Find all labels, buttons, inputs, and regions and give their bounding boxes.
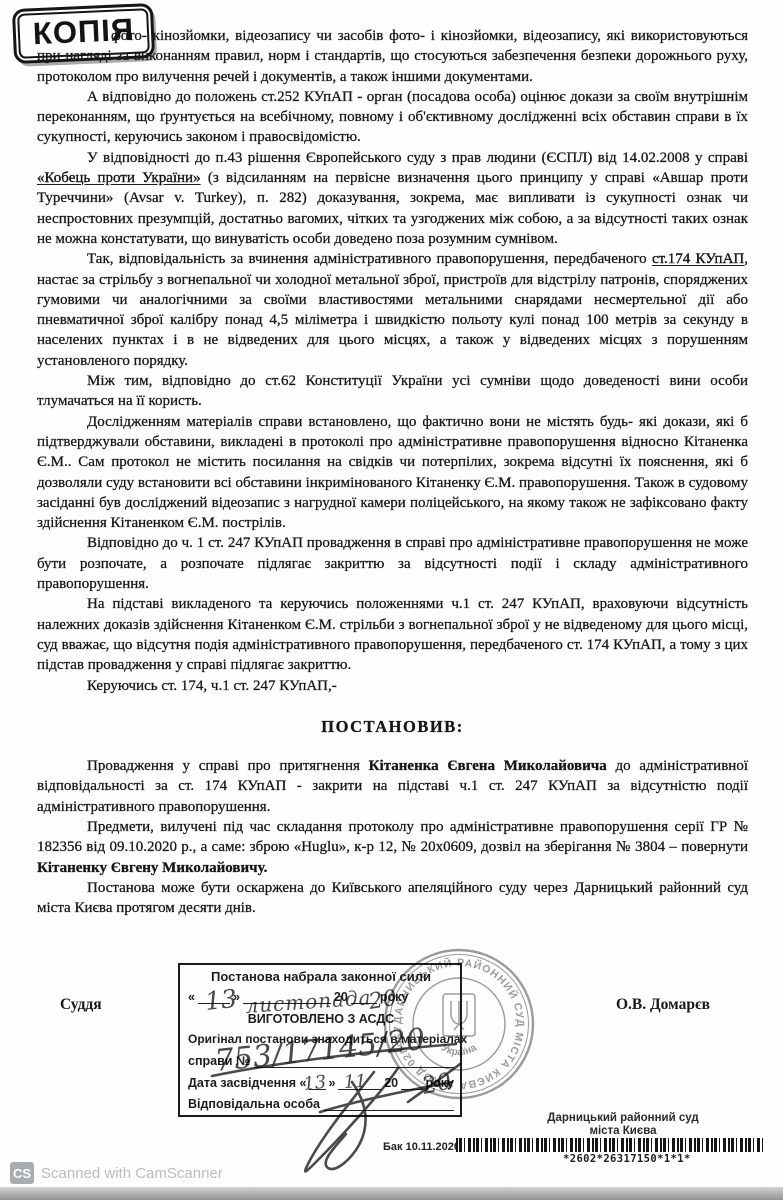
court-name-line1: Дарницький районний суд bbox=[528, 1112, 718, 1125]
text-segment: Постанова може бути оскаржена до Київськ… bbox=[37, 880, 748, 916]
court-seal: ДАРНИЦЬКИЙ РАЙОННИЙ СУД МІСТА КИЄВА ★ КО… bbox=[381, 946, 537, 1102]
text-segment: На підставі викладеного та керуючись пол… bbox=[37, 596, 748, 673]
seal-trident-icon bbox=[443, 994, 475, 1036]
paragraph-case-materials: Дослідженням матеріалів справи встановле… bbox=[37, 412, 748, 534]
paragraph-constitution: Між тим, відповідно до ст.62 Конституції… bbox=[37, 371, 748, 412]
camscanner-footer: CS Scanned with CamScanner bbox=[10, 1162, 223, 1184]
text-segment: Між тим, відповідно до ст.62 Конституції… bbox=[37, 373, 748, 409]
text-segment-underlined: ст.174 КУпАП bbox=[652, 251, 744, 267]
paragraph-ruling-items: Предмети, вилучені під час складання про… bbox=[37, 817, 748, 878]
svg-text:Україна: Україна bbox=[439, 1042, 479, 1059]
camscanner-text: Scanned with CamScanner bbox=[41, 1165, 223, 1182]
camscanner-logo-icon: CS bbox=[10, 1162, 34, 1184]
text-segment: , настає за стрільбу з вогнепальної чи х… bbox=[37, 251, 748, 368]
court-name-line2: міста Києва bbox=[528, 1125, 718, 1138]
judge-label: Суддя bbox=[60, 996, 102, 1014]
blank-line bbox=[243, 991, 331, 1004]
blank-line bbox=[351, 991, 377, 1004]
paragraph-guided-by: Керуючись ст. 174, ч.1 ст. 247 КУпАП,- bbox=[37, 676, 748, 696]
quote-open: « bbox=[188, 990, 195, 1004]
text-segment: А відповідно до положень ст.252 КУпАП - … bbox=[37, 89, 748, 146]
paragraph-appeal: Постанова може бути оскаржена до Київськ… bbox=[37, 878, 748, 919]
paragraph-echr: У відповідності до п.43 рішення Європейс… bbox=[37, 148, 748, 249]
text-segment-bold: Кітаненка Євгена Миколайовича bbox=[369, 758, 607, 774]
paragraph-st247: Відповідно до ч. 1 ст. 247 КУпАП провадж… bbox=[37, 533, 748, 594]
text-segment-underlined: «Кобець проти України» bbox=[37, 170, 201, 186]
text-segment: У відповідності до п.43 рішення Європейс… bbox=[87, 150, 748, 166]
bottom-scan-bar bbox=[0, 1187, 783, 1200]
quote-close: » bbox=[233, 990, 240, 1004]
cert-date-label: Дата засвідчення « bbox=[188, 1076, 306, 1090]
copy-stamp: КОПІЯ bbox=[12, 3, 155, 64]
text-segment: Керуючись ст. 174, ч.1 ст. 247 КУпАП,- bbox=[87, 678, 337, 694]
paragraph-conclusion: На підставі викладеного та керуючись пол… bbox=[37, 594, 748, 675]
text-segment: Дослідженням матеріалів справи встановле… bbox=[37, 414, 748, 531]
blank-line bbox=[309, 1077, 325, 1090]
text-segment: Так, відповідальність за вчинення адміні… bbox=[87, 251, 652, 267]
year-prefix: 20 bbox=[334, 990, 348, 1004]
seal-country-text: Україна bbox=[439, 1042, 479, 1059]
judge-name: О.В. Домарєв bbox=[616, 996, 710, 1014]
barcode-value: *2602*26317150*1*1* bbox=[563, 1153, 691, 1165]
ruling-heading: ПОСТАНОВИВ: bbox=[37, 717, 748, 737]
quote-close: » bbox=[329, 1076, 336, 1090]
text-segment-bold: Кітаненку Євгену Миколайовичу. bbox=[37, 860, 267, 876]
paragraph-st174: Так, відповідальність за вчинення адміні… bbox=[37, 249, 748, 371]
blank-line bbox=[338, 1077, 381, 1090]
paragraph-st252: А відповідно до положень ст.252 КУпАП - … bbox=[37, 87, 748, 148]
paragraph-ruling-close: Провадження у справі про притягнення Кіт… bbox=[37, 756, 748, 817]
barcode bbox=[456, 1138, 763, 1152]
case-label: справи № bbox=[188, 1054, 250, 1068]
blank-line bbox=[198, 991, 230, 1004]
text-segment: Предмети, вилучені під час складання про… bbox=[37, 819, 748, 855]
copy-stamp-label: КОПІЯ bbox=[17, 8, 150, 59]
responsible-label: Відповідальна особа bbox=[188, 1097, 320, 1111]
text-segment: Відповідно до ч. 1 ст. 247 КУпАП провадж… bbox=[37, 535, 748, 592]
document-body: фото- кінозйомки, відеозапису чи засобів… bbox=[37, 26, 748, 918]
text-segment: Провадження у справі про притягнення bbox=[87, 758, 369, 774]
scanned-court-document: КОПІЯ фото- кінозйомки, відеозапису чи з… bbox=[0, 0, 783, 1200]
court-name-block: Дарницький районний суд міста Києва bbox=[528, 1112, 718, 1138]
